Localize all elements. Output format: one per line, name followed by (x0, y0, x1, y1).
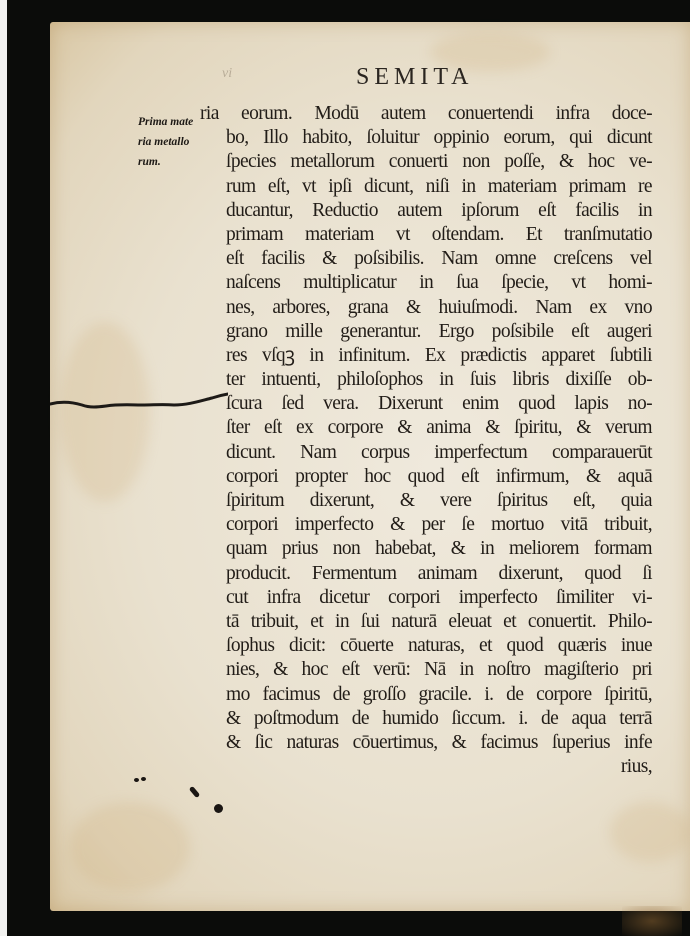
paper-stain (610, 802, 690, 862)
text-line: ſpecies metallorum conuerti non poſſe, &… (226, 150, 652, 174)
text-line: mo facimus de groſſo gracile. i. de corp… (226, 683, 652, 707)
text-line: res vſqꝫ in infinitum. Ex prædictis appa… (226, 344, 652, 368)
text-line: ducantur, Reductio autem ipſorum eſt fac… (226, 199, 652, 223)
text-line: corpori imperfecto & per ſe mortuo vitā … (226, 513, 652, 537)
text-line: ſter eſt ex corpore & anima & ſpiritu, &… (226, 416, 652, 440)
text-line: primam materiam vt oſtendam. Et tranſmut… (226, 223, 652, 247)
text-line: eſt facilis & poſsibilis. Nam omne creſc… (226, 247, 652, 271)
text-line: naſcens multiplicatur in ſua ſpecie, vt … (226, 271, 652, 295)
text-line: & poſtmodum de humido ſiccum. i. de aqua… (226, 707, 652, 731)
text-line: producit. Fermentum animam dixerunt, quo… (226, 562, 652, 586)
marginal-note-line: ria metallo (138, 132, 224, 152)
text-line: bo, Illo habito, ſoluitur oppinio eorum,… (226, 126, 652, 150)
text-line: & ſic naturas cōuertimus, & facimus ſupe… (226, 731, 652, 755)
paper-stain (60, 322, 150, 502)
text-line: ſophus dicit: cōuerte naturas, et quod q… (226, 634, 652, 658)
text-line: ſpiritum dixerunt, & vere ſpiritus eſt, … (226, 489, 652, 513)
text-line: grano mille generantur. Ergo poſsibile e… (226, 320, 652, 344)
scanner-edge (0, 0, 7, 936)
ink-spot (141, 777, 146, 781)
text-line: nes, arbores, grana & huiuſmodi. Nam ex … (226, 296, 652, 320)
text-line: nies, & hoc eſt verū: Nā in noſtro magiſ… (226, 658, 652, 682)
ink-spot (214, 804, 223, 813)
text-line: rius, (226, 755, 652, 779)
faded-page-mark: vi (222, 66, 232, 82)
paper-stain (70, 802, 190, 892)
paper-tear (50, 392, 228, 412)
running-head: SEMITA (356, 64, 473, 91)
text-line: corpori propter hoc quod eſt infirmum, &… (226, 465, 652, 489)
text-line: quam prius non habebat, & in meliorem fo… (226, 537, 652, 561)
body-text: ria eorum. Modū autem conuertendi infra … (226, 102, 652, 779)
ink-spot (134, 778, 139, 782)
text-line: rum eſt, vt ipſi dicunt, niſi in materia… (226, 175, 652, 199)
text-line: ter intuenti, philoſophos in ſuis libris… (226, 368, 652, 392)
text-line: dicunt. Nam corpus imperfectum comparaue… (226, 441, 652, 465)
text-line: ria eorum. Modū autem conuertendi infra … (200, 102, 652, 126)
marginal-note-line: rum. (138, 152, 224, 172)
corner-discoloration (622, 906, 682, 936)
text-line: tā tribuit, et in ſui naturā eleuat et c… (226, 610, 652, 634)
text-line: cut infra dicetur corpori imperfecto ſim… (226, 586, 652, 610)
text-line: ſcura ſed vera. Dixerunt enim quod lapis… (226, 392, 652, 416)
